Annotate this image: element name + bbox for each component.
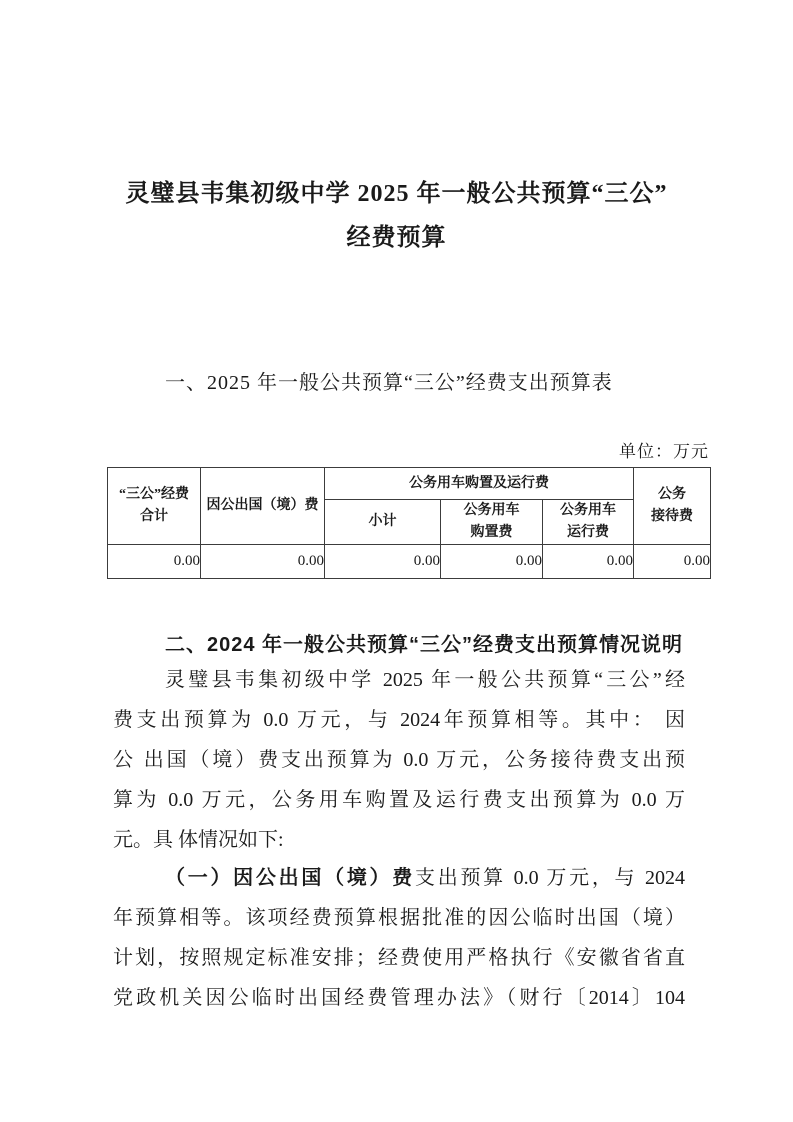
paragraph-line-text: 支出预算 0.0 万元，与 2024 — [415, 867, 685, 889]
table-unit-label: 单位：万元 — [619, 437, 709, 462]
table-row: 0.00 0.00 0.00 0.00 0.00 0.00 — [108, 545, 711, 579]
value-sangong-total: 0.00 — [108, 545, 201, 579]
paragraph-abroad-fee: （一）因公出国（境）费支出预算 0.0 万元，与 2024 年预算相等。该项经费… — [113, 858, 685, 1018]
header-reception-fee: 公务 接待费 — [634, 468, 711, 545]
sangong-budget-table: “三公”经费 合计 因公出国（境）费 公务用车购置及运行费 公务 接待费 小计 … — [107, 467, 711, 579]
paragraph-line: 灵璧县韦集初级中学 2025 年一般公共预算“三公”经 — [113, 660, 685, 700]
value-abroad-fee: 0.00 — [201, 545, 325, 579]
value-reception-fee: 0.00 — [634, 545, 711, 579]
paragraph-line: 元。具 体情况如下: — [113, 820, 685, 860]
header-vehicle-operation: 公务用车 运行费 — [543, 500, 634, 545]
section-1-heading: 一、2025 年一般公共预算“三公”经费支出预算表 — [165, 366, 613, 395]
paragraph-line: 公 出国（境）费支出预算为 0.0 万元，公务接待费支出预 — [113, 740, 685, 780]
paragraph-line: 算为 0.0 万元，公务用车购置及运行费支出预算为 0.0 万 — [113, 780, 685, 820]
paragraph-line: 年预算相等。该项经费预算根据批准的因公临时出国（境） — [113, 898, 685, 938]
section-2-heading: 二、2024 年一般公共预算“三公”经费支出预算情况说明 — [165, 628, 683, 657]
value-vehicle-purchase: 0.00 — [441, 545, 543, 579]
paragraph-line: 费支出预算为 0.0 万元，与 2024年预算相等。其中： 因 — [113, 700, 685, 740]
abroad-fee-lead-in: （一）因公出国（境）费 — [165, 867, 415, 889]
value-vehicle-subtotal: 0.00 — [325, 545, 441, 579]
paragraph-line: 计划，按照规定标准安排；经费使用严格执行《安徽省省直 — [113, 938, 685, 978]
header-abroad-fee: 因公出国（境）费 — [201, 468, 325, 545]
page-title: 灵璧县韦集初级中学 2025 年一般公共预算“三公” 经费预算 — [0, 172, 793, 260]
page-title-line-2: 经费预算 — [0, 216, 793, 260]
header-vehicle-subtotal: 小计 — [325, 500, 441, 545]
page-title-line-1: 灵璧县韦集初级中学 2025 年一般公共预算“三公” — [0, 172, 793, 216]
value-vehicle-operation: 0.00 — [543, 545, 634, 579]
paragraph-line: 党政机关因公临时出国经费管理办法》（财行〔2014〕104 — [113, 978, 685, 1018]
document-page: 灵璧县韦集初级中学 2025 年一般公共预算“三公” 经费预算 一、2025 年… — [0, 0, 793, 1122]
header-sangong-total: “三公”经费 合计 — [108, 468, 201, 545]
paragraph-overview: 灵璧县韦集初级中学 2025 年一般公共预算“三公”经 费支出预算为 0.0 万… — [113, 660, 685, 860]
paragraph-line: （一）因公出国（境）费支出预算 0.0 万元，与 2024 — [113, 858, 685, 898]
header-vehicle-group: 公务用车购置及运行费 — [325, 468, 634, 500]
header-vehicle-purchase: 公务用车 购置费 — [441, 500, 543, 545]
